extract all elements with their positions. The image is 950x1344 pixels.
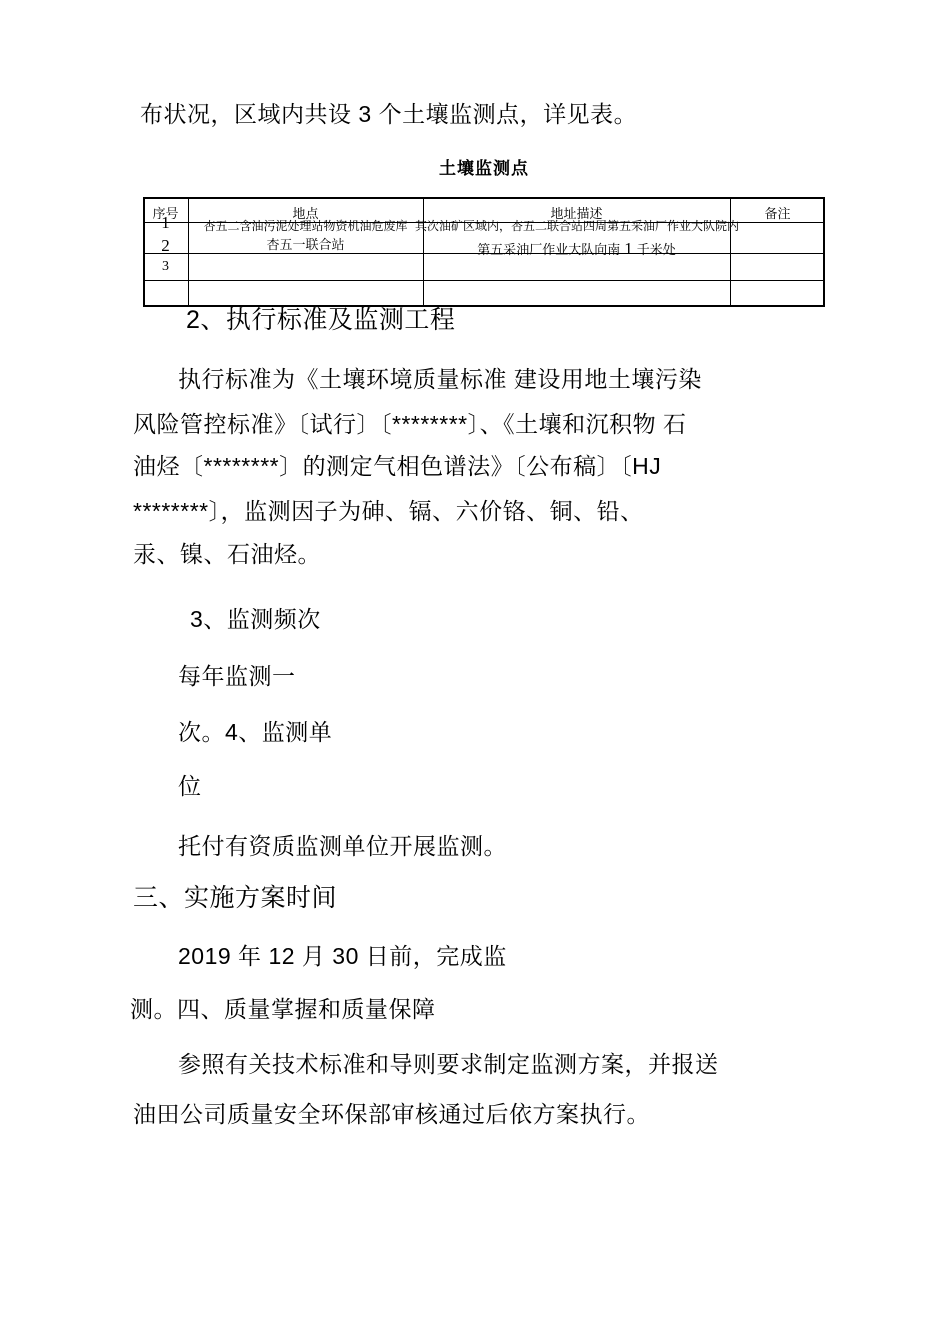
heading-section-2: 2、执行标准及监测工程: [186, 305, 455, 336]
heading-section-san: 三、实施方案时间: [133, 883, 337, 914]
standards-paragraph-line-3: 油烃〔********〕的测定气相色谱法》〔公布稿〕〔HJ: [133, 452, 661, 481]
frequency-line-2: 次。4、监测单: [178, 718, 332, 747]
table-cell-location-1: 杏五二含油污泥处理站物资机油危废库: [188, 217, 423, 234]
quality-paragraph-line-1: 参照有关技术标准和导则要求制定监测方案，并报送: [178, 1050, 719, 1079]
table-cell-location-2: 杏五一联合站: [188, 234, 423, 253]
table-title: 土壤监测点: [143, 154, 825, 179]
description-2-prefix: 第五采油厂作业大队向南: [477, 242, 620, 257]
schedule-line-1: 2019 年 12 月 30 日前，完成监: [178, 942, 507, 971]
standards-paragraph-line-2: 风险管控标准》〔试行〕〔********〕、《土壤和沉积物 石: [133, 410, 687, 439]
table-border-row2-bottom: [143, 280, 825, 281]
table-header-note: 备注: [730, 203, 825, 222]
quality-paragraph-line-2: 油田公司质量安全环保部审核通过后依方案执行。: [133, 1100, 650, 1129]
description-2-number: 1: [620, 239, 637, 258]
table-border-top: [143, 197, 825, 199]
document-page: 布状况，区域内共设 3 个土壤监测点，详见表。 土壤监测点 序号 地点 地址描述…: [0, 0, 950, 1344]
standards-paragraph-line-1: 执行标准为《土壤环境质量标准 建设用地土壤污染: [178, 365, 702, 394]
table-cell-description-1: 其次油矿区域内，杏五二联合站四周第五采油厂作业大队院内: [415, 217, 739, 234]
table-cell-seq-2: 2: [143, 236, 188, 256]
soil-monitoring-table: 序号 地点 地址描述 备注 1 2 3 杏五二含油污泥处理站物资机油危废库 其次…: [143, 197, 825, 307]
standards-paragraph-line-5: 汞、镍、石油烃。: [133, 540, 321, 569]
table-cell-seq-1: 1: [143, 213, 188, 233]
heading-section-3: 3、监测频次: [190, 605, 321, 634]
description-2-suffix: 千米处: [637, 242, 676, 257]
table-cell-description-2: 第五采油厂作业大队向南1千米处: [423, 239, 730, 259]
schedule-line-2-heading-si: 测。四、质量掌握和质量保障: [130, 995, 436, 1024]
standards-paragraph-line-4: ********〕，监测因子为砷、镉、六价铬、铜、铅、: [133, 497, 644, 526]
monitoring-unit-line: 托付有资质监测单位开展监测。: [178, 832, 507, 861]
frequency-line-1: 每年监测一: [178, 662, 296, 691]
frequency-line-3: 位: [178, 772, 202, 801]
intro-line: 布状况，区域内共设 3 个土壤监测点，详见表。: [140, 100, 637, 129]
table-cell-seq-3: 3: [143, 259, 188, 275]
